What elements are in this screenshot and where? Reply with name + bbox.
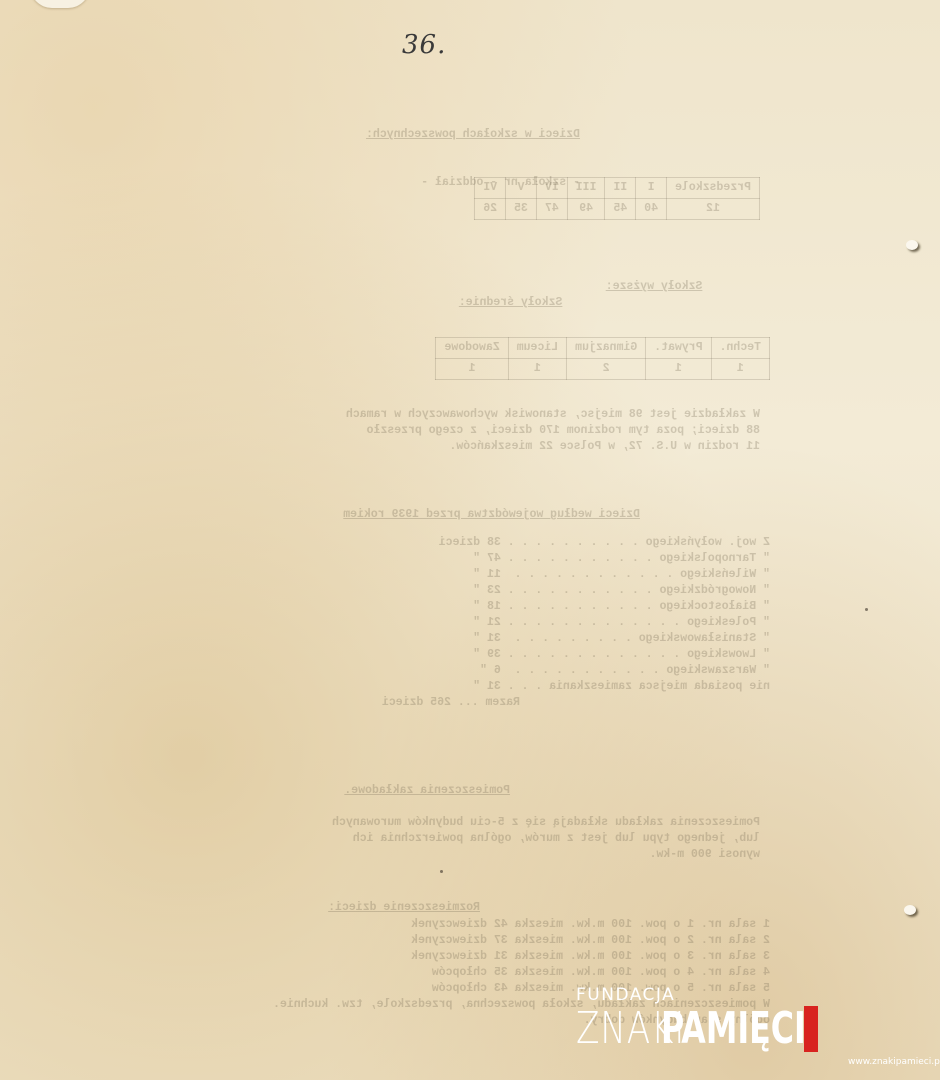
bleed-origin-list: Z woj. wołyńskiego . . . . . . . . . . 3… xyxy=(200,535,770,711)
origin-list-item: " Stanisławowskiego . . . . . . . . . 31… xyxy=(200,631,770,647)
watermark-red-bar xyxy=(804,1006,818,1052)
table-cell: 2 xyxy=(567,359,646,380)
bleed-table-2: Techn.Prywat.GimnazjumLiceumZawodowe 112… xyxy=(436,337,771,380)
binder-hole xyxy=(904,905,916,915)
bleed-section5-title: Rozmieszczenie dzieci: xyxy=(0,900,770,916)
origin-list-item: nie posiada miejsca zamieszkania . . . 3… xyxy=(200,679,770,695)
table-header-cell: IV xyxy=(536,178,567,199)
table-cell: 1 xyxy=(436,359,508,380)
watermark-fundacja: FUNDACJA xyxy=(576,985,818,1005)
watermark-logo: FUNDACJA ZNAKI PAMIĘCI www.znakipamieci.… xyxy=(576,985,818,1054)
table-cell: 49 xyxy=(567,199,605,220)
table-cell: 1 xyxy=(508,359,566,380)
bleed-through-text: Dzieci w szkołach powszechnych: - szkoła… xyxy=(200,95,770,287)
table-cell: 1 xyxy=(646,359,711,380)
origin-list-item: Z woj. wołyńskiego . . . . . . . . . . 3… xyxy=(200,535,770,551)
origin-list-item: " Nowogródzkiego . . . . . . . . . . . 2… xyxy=(200,583,770,599)
bleed-paragraph-1: W zakładzie jest 98 miejsc, stanowisk wy… xyxy=(200,407,770,455)
bleed-section3-title: Dzieci według województwa przed 1939 rok… xyxy=(70,507,770,523)
table-header-cell: Zawodowe xyxy=(436,338,508,359)
watermark-pamieci: PAMIĘCI xyxy=(661,1003,806,1054)
table-header-cell: Gimnazjum xyxy=(567,338,646,359)
paragraph-line: W zakładzie jest 98 miejsc, stanowisk wy… xyxy=(200,407,770,423)
bleed-section4-title: Pomieszczenia zakładowe. xyxy=(0,783,770,799)
bleed-paragraph-2: Pomieszczenia zakładu składają się z 5-c… xyxy=(200,815,770,863)
table-header-cell: I xyxy=(636,178,667,199)
table-cell: 45 xyxy=(605,199,636,220)
table-cell: 1 xyxy=(711,359,769,380)
room-line: 4 sala nr. 4 o pow. 100 m.kw. mieszka 35… xyxy=(200,965,770,981)
bleed-section2-a: Szkoły wyższe: xyxy=(606,280,703,293)
table-header-cell: Techn. xyxy=(711,338,769,359)
paragraph-line: lub, jednego typu lub jest z murów, ogól… xyxy=(200,831,770,847)
table-header-cell: VI xyxy=(475,178,506,199)
origin-list-item: " Tarnopolskiego . . . . . . . . . . . 4… xyxy=(200,551,770,567)
room-line: 1 sala nr. 1 o pow. 100 m.kw. mieszka 42… xyxy=(200,917,770,933)
room-line: 3 sala nr. 3 o pow. 100 m.kw. mieszka 31… xyxy=(200,949,770,965)
origin-list-item: " Wileńskiego . . . . . . . . . . . . 11… xyxy=(200,567,770,583)
paragraph-line: 88 dzieci; poza tym rodzinom 170 dzieci,… xyxy=(200,423,770,439)
table-cell: 12 xyxy=(667,199,760,220)
table-header-cell: III xyxy=(567,178,605,199)
table-cell: 26 xyxy=(475,199,506,220)
binder-hole xyxy=(906,240,918,250)
table-header-cell: V xyxy=(506,178,537,199)
table-cell: 35 xyxy=(506,199,537,220)
origin-list-item: " Lwowskiego . . . . . . . . . . . . . 3… xyxy=(200,647,770,663)
origin-list-item: " Poleskiego . . . . . . . . . . . . . 2… xyxy=(200,615,770,631)
bleed-header-1: Dzieci w szkołach powszechnych: xyxy=(200,127,770,143)
table-header-cell: Liceum xyxy=(508,338,566,359)
table-cell: 40 xyxy=(636,199,667,220)
paragraph-line: Pomieszczenia zakładu składają się z 5-c… xyxy=(200,815,770,831)
table-header-cell: Przedszkole xyxy=(667,178,760,199)
origin-list-item: " Białostockiego . . . . . . . . . . . 1… xyxy=(200,599,770,615)
table-header-cell: Prywat. xyxy=(646,338,711,359)
bleed-table-1: PrzedszkoleIIIIIIIVVVI 12404549473526 xyxy=(474,177,760,220)
paper-speck xyxy=(865,608,868,611)
page-number: 36. xyxy=(402,30,446,60)
table-header-cell: II xyxy=(605,178,636,199)
paragraph-line: wynosi 900 m-kw. xyxy=(200,847,770,863)
paragraph-line: 11 rodzin w U.S. 72, w Polsce 22 mieszka… xyxy=(200,439,770,455)
origin-total: Razem ... 265 dzieci xyxy=(200,695,770,711)
table-cell: 47 xyxy=(536,199,567,220)
origin-list-item: " Warszawskiego . . . . . . . . . . . 6 … xyxy=(200,663,770,679)
room-line: 2 sala nr. 2 o pow. 100 m.kw. mieszka 37… xyxy=(200,933,770,949)
paper-speck xyxy=(440,870,443,873)
watermark-url: www.znakipamieci.pl xyxy=(848,1057,940,1067)
